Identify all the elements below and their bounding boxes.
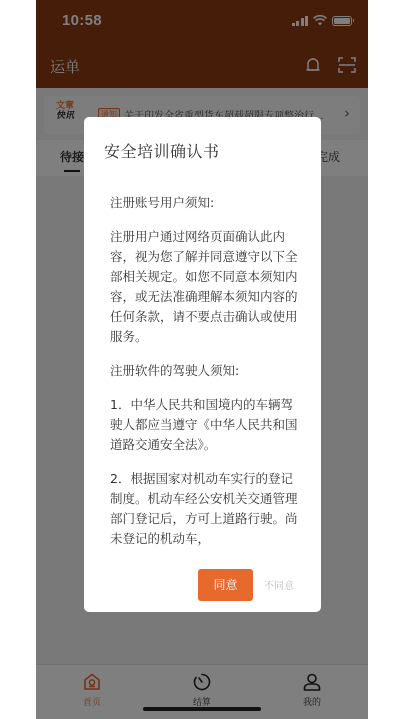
paragraph-rule-2: 2．根据国家对机动车实行的登记制度。机动车经公安机关交通管理部门登记后，方可上道… — [110, 469, 304, 549]
safety-training-dialog: 安全培训确认书 注册账号用户须知: 注册用户通过网络页面确认此内容，视为您了解并… — [84, 117, 321, 612]
dialog-body[interactable]: 注册账号用户须知: 注册用户通过网络页面确认此内容，视为您了解并同意遵守以下全部… — [110, 193, 304, 568]
paragraph-rule-1: 1．中华人民共和国境内的车辆驾驶人都应当遵守《中华人民共和国道路交通安全法》。 — [110, 395, 304, 455]
paragraph-driver-notice-heading: 注册软件的驾驶人须知: — [110, 361, 304, 381]
dialog-title: 安全培训确认书 — [104, 139, 220, 162]
paragraph-user-notice: 注册用户通过网络页面确认此内容，视为您了解并同意遵守以下全部相关规定。如您不同意… — [110, 227, 304, 347]
disagree-button[interactable]: 不同意 — [264, 577, 294, 592]
phone-screen: 10:58 运单 文章 快讯 通知 关于印发全 — [36, 0, 368, 719]
home-indicator — [143, 707, 261, 711]
agree-button[interactable]: 同意 — [198, 569, 253, 601]
paragraph-user-notice-heading: 注册账号用户须知: — [110, 193, 304, 213]
